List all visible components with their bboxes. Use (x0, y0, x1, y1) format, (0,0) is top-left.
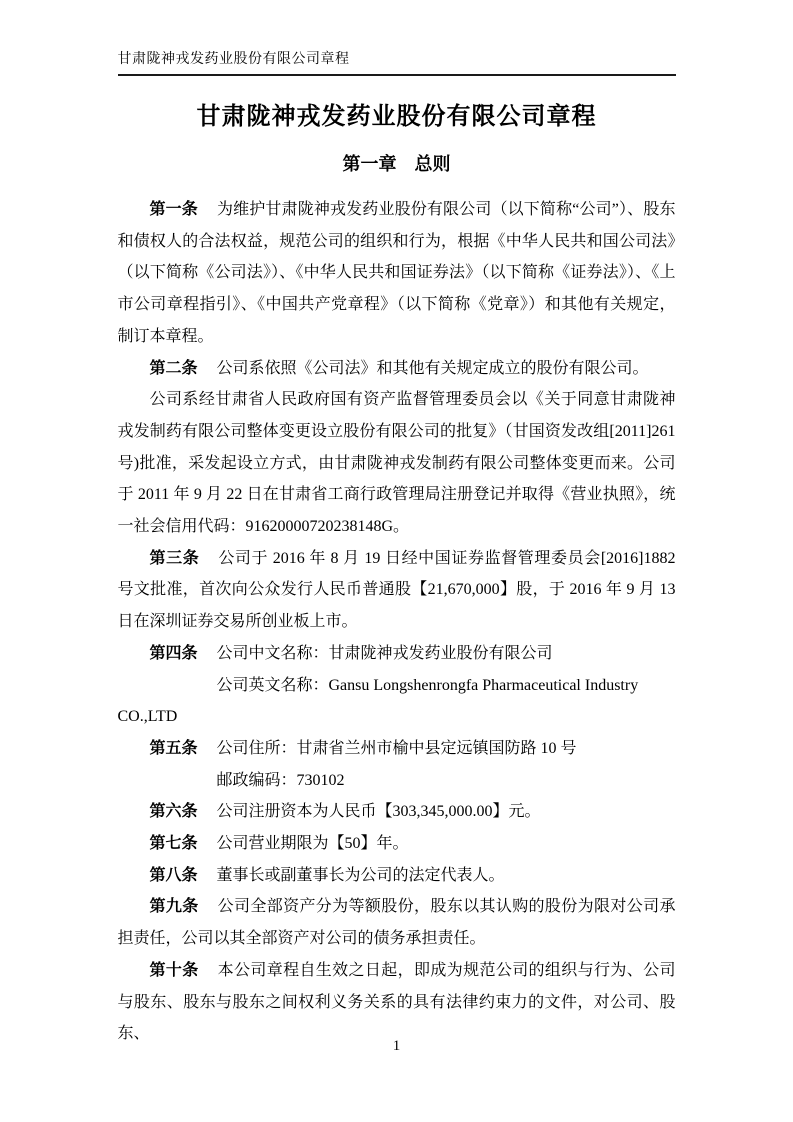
paragraph-text: 邮政编码：730102 (217, 772, 345, 789)
document-body: 第一条为维护甘肃陇神戎发药业股份有限公司（以下简称“公司”）、股东和债权人的合法… (118, 194, 676, 1050)
document-page: 甘肃陇神戎发药业股份有限公司章程 甘肃陇神戎发药业股份有限公司章程 第一章总则 … (0, 0, 793, 1122)
paragraph-text: 公司于 2016 年 8 月 19 日经中国证券监督管理委员会[2016]188… (118, 550, 676, 630)
paragraph-text: CO.,LTD (118, 708, 178, 725)
running-header-text: 甘肃陇神戎发药业股份有限公司章程 (118, 52, 350, 67)
paragraph-text: 公司住所：甘肃省兰州市榆中县定远镇国防路 10 号 (217, 740, 577, 757)
article-label: 第四条 (150, 645, 198, 662)
article-label: 第一条 (150, 201, 198, 218)
article-paragraph: 第六条公司注册资本为人民币【303,345,000.00】元。 (118, 796, 676, 828)
paragraph-text: 为维护甘肃陇神戎发药业股份有限公司（以下简称“公司”）、股东和债权人的合法权益，… (118, 201, 676, 345)
article-paragraph: 第九条公司全部资产分为等额股份，股东以其认购的股份为限对公司承担责任，公司以其全… (118, 891, 676, 954)
article-paragraph: 第四条公司中文名称：甘肃陇神戎发药业股份有限公司 (118, 638, 676, 670)
article-label: 第七条 (150, 835, 198, 852)
body-paragraph: 邮政编码：730102 (118, 765, 676, 797)
paragraph-text: 公司中文名称：甘肃陇神戎发药业股份有限公司 (217, 645, 553, 662)
paragraph-text: 公司注册资本为人民币【303,345,000.00】元。 (217, 803, 541, 820)
article-label: 第八条 (150, 867, 198, 884)
article-label: 第二条 (150, 360, 198, 377)
paragraph-text: 本公司章程自生效之日起，即成为规范公司的组织与行为、公司与股东、股东与股东之间权… (118, 962, 676, 1042)
article-paragraph: 第三条公司于 2016 年 8 月 19 日经中国证券监督管理委员会[2016]… (118, 543, 676, 638)
body-paragraph: CO.,LTD (118, 701, 676, 733)
page-content: 甘肃陇神戎发药业股份有限公司章程 甘肃陇神戎发药业股份有限公司章程 第一章总则 … (118, 0, 676, 1050)
article-label: 第三条 (150, 550, 200, 567)
page-footer: 1 (0, 1036, 793, 1056)
article-paragraph: 第七条公司营业期限为【50】年。 (118, 828, 676, 860)
article-paragraph: 第二条公司系依照《公司法》和其他有关规定成立的股份有限公司。 (118, 353, 676, 385)
paragraph-text: 公司系依照《公司法》和其他有关规定成立的股份有限公司。 (217, 360, 649, 377)
article-paragraph: 第五条公司住所：甘肃省兰州市榆中县定远镇国防路 10 号 (118, 733, 676, 765)
body-paragraph: 公司系经甘肃省人民政府国有资产监督管理委员会以《关于同意甘肃陇神戎发制药有限公司… (118, 384, 676, 543)
article-label: 第九条 (150, 898, 199, 915)
paragraph-text: 董事长或副董事长为公司的法定代表人。 (217, 867, 505, 884)
paragraph-text: 公司英文名称：Gansu Longshenrongfa Pharmaceutic… (217, 677, 639, 694)
running-header: 甘肃陇神戎发药业股份有限公司章程 (118, 0, 676, 76)
chapter-number: 第一章 (343, 154, 397, 174)
paragraph-text: 公司全部资产分为等额股份，股东以其认购的股份为限对公司承担责任，公司以其全部资产… (118, 898, 676, 947)
document-title: 甘肃陇神戎发药业股份有限公司章程 (118, 101, 676, 133)
article-paragraph: 第一条为维护甘肃陇神戎发药业股份有限公司（以下简称“公司”）、股东和债权人的合法… (118, 194, 676, 353)
paragraph-text: 公司营业期限为【50】年。 (217, 835, 409, 852)
article-label: 第五条 (150, 740, 198, 757)
article-label: 第十条 (150, 962, 199, 979)
article-label: 第六条 (150, 803, 198, 820)
paragraph-text: 公司系经甘肃省人民政府国有资产监督管理委员会以《关于同意甘肃陇神戎发制药有限公司… (118, 391, 676, 535)
article-paragraph: 第八条董事长或副董事长为公司的法定代表人。 (118, 860, 676, 892)
page-number: 1 (393, 1038, 401, 1054)
chapter-heading: 第一章总则 (118, 152, 676, 176)
chapter-name: 总则 (415, 154, 451, 174)
body-paragraph: 公司英文名称：Gansu Longshenrongfa Pharmaceutic… (118, 670, 676, 702)
